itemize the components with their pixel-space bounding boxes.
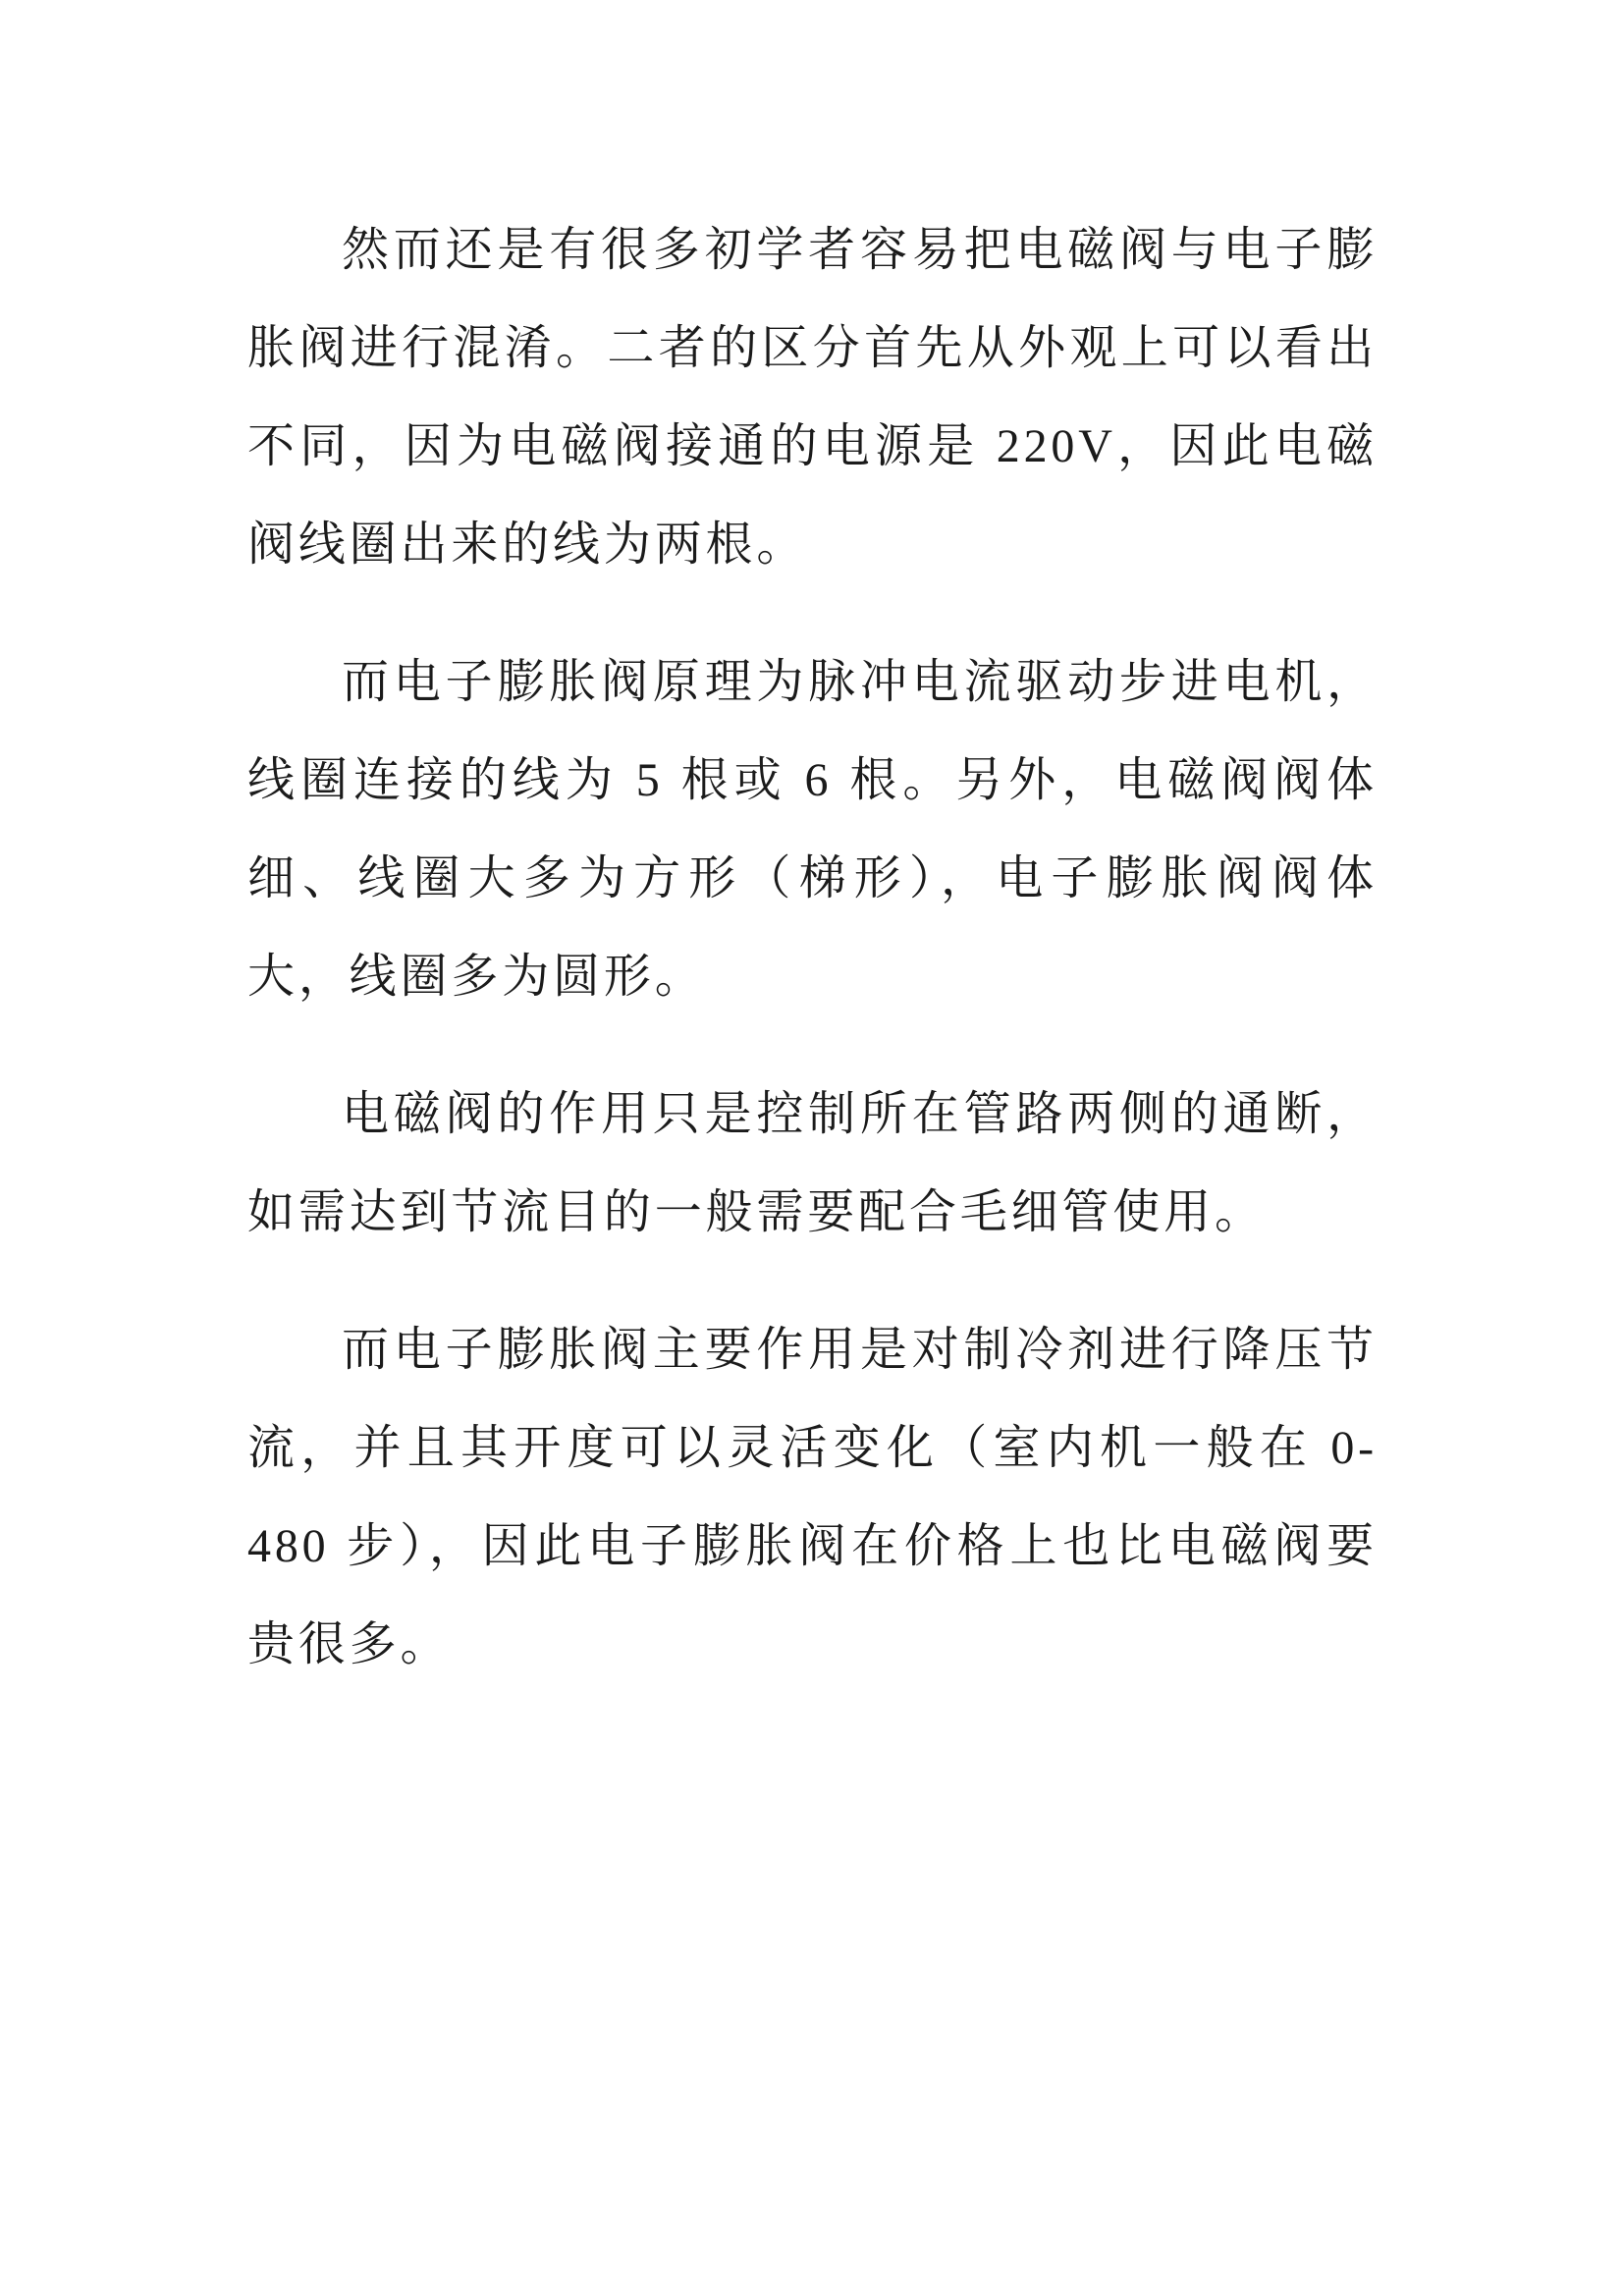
paragraph-4: 而电子膨胀阀主要作用是对制冷剂进行降压节流，并且其开度可以灵活变化（室内机一般在… — [247, 1301, 1378, 1694]
document-page: 然而还是有很多初学者容易把电磁阀与电子膨胀阀进行混淆。二者的区分首先从外观上可以… — [0, 0, 1623, 2296]
paragraph-2: 而电子膨胀阀原理为脉冲电流驱动步进电机，线圈连接的线为 5 根或 6 根。另外，… — [247, 633, 1378, 1026]
paragraph-3: 电磁阀的作用只是控制所在管路两侧的通断，如需达到节流目的一般需要配合毛细管使用。 — [247, 1066, 1378, 1262]
paragraph-1: 然而还是有很多初学者容易把电磁阀与电子膨胀阀进行混淆。二者的区分首先从外观上可以… — [247, 201, 1378, 594]
